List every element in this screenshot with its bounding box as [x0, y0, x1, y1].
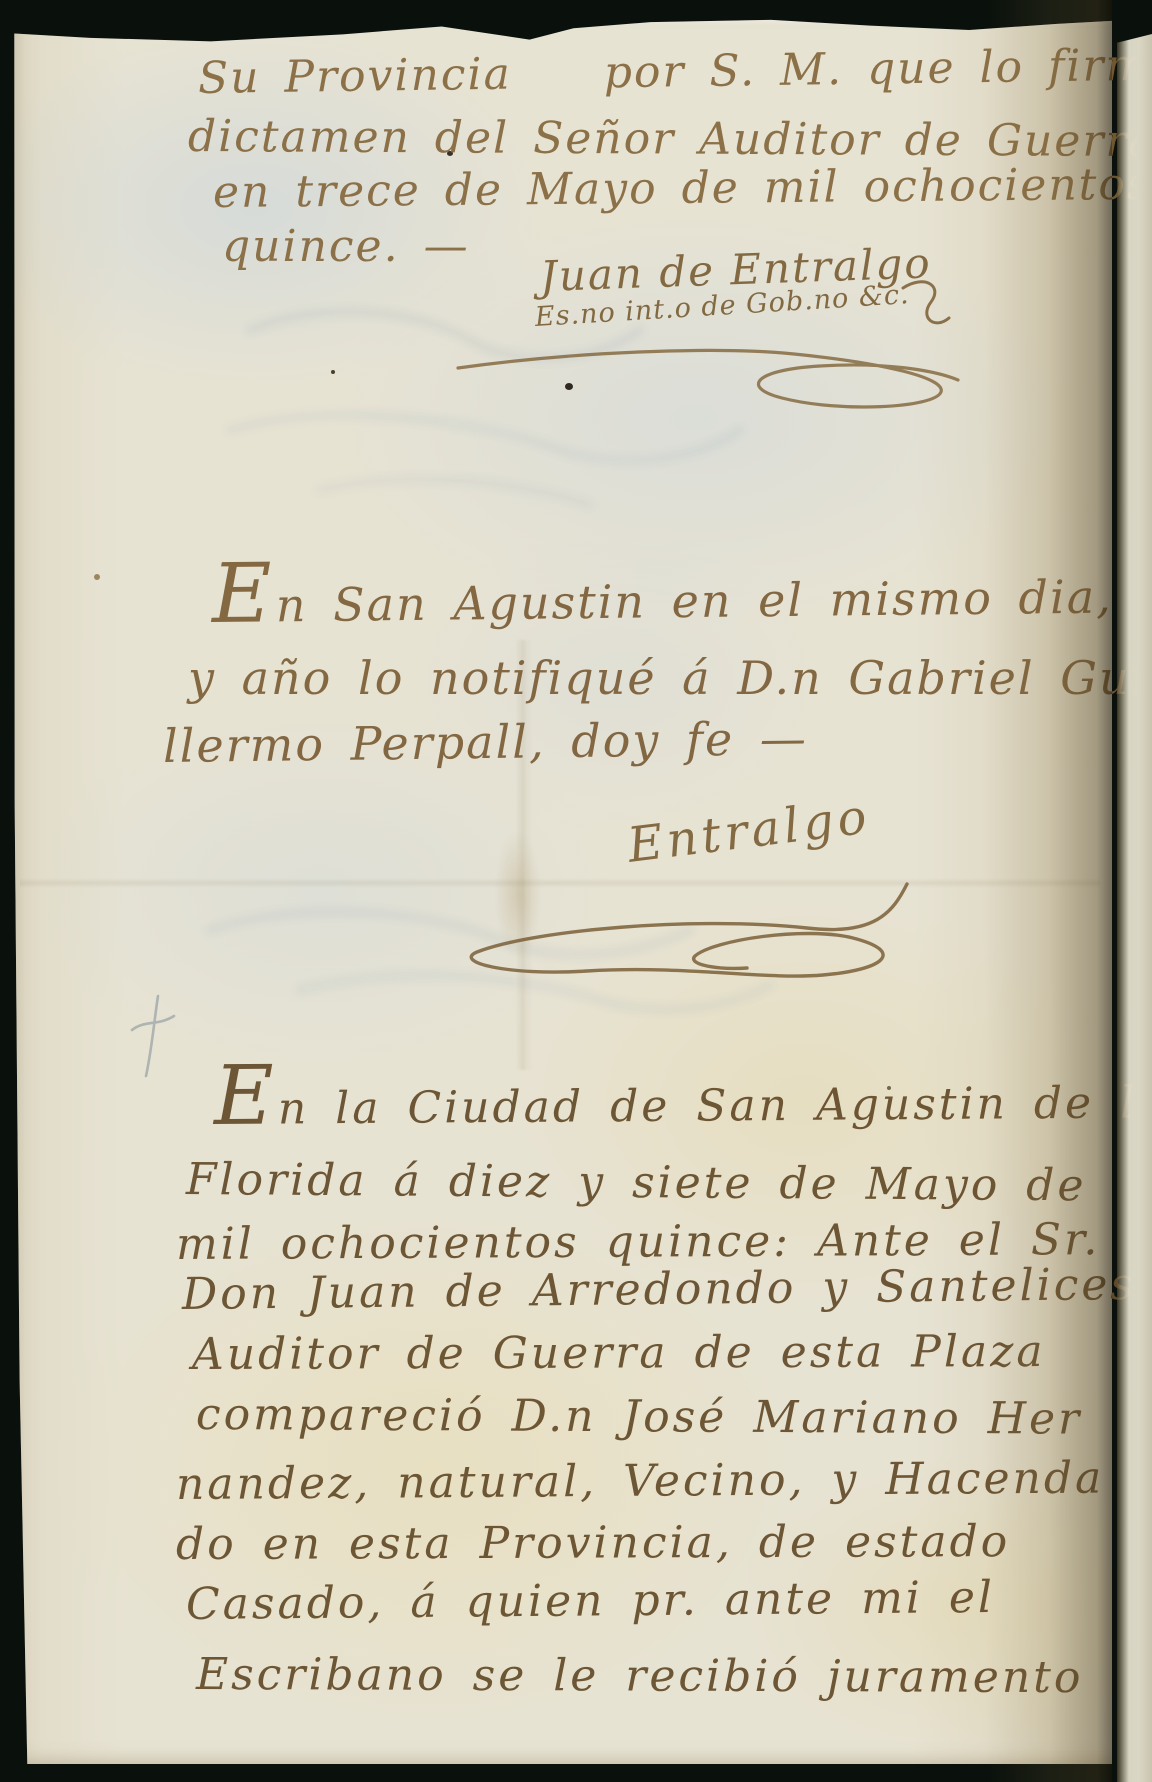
- manuscript-line: Auditor de Guerra de esta Plaza: [192, 1325, 1046, 1382]
- manuscript-line: do en esta Provincia, de estado: [176, 1515, 1010, 1572]
- adjacent-page-edge: [1117, 34, 1152, 1782]
- manuscript-line: nandez, natural, Vecino, y Hacenda: [176, 1452, 1105, 1512]
- line-text: por S. M. que lo firmó con: [603, 37, 1152, 101]
- manuscript-line: llermo Perpall, doy fe —: [163, 710, 808, 774]
- manuscript-line: En la Ciudad de San Agustin de la: [214, 1076, 1152, 1137]
- manuscript-line: Florida á diez y siete de Mayo de: [186, 1153, 1087, 1213]
- manuscript-photo: { "document": { "kind": "handwritten Spa…: [0, 0, 1152, 1782]
- rubric-flourish: [455, 878, 925, 993]
- line-text: Su Provincia: [198, 48, 513, 106]
- signature-paraph: [895, 272, 953, 334]
- manuscript-line: en trece de Mayo de mil ochocientos: [213, 158, 1152, 220]
- manuscript-line: Escribano se le recibió juramento: [196, 1648, 1084, 1705]
- rubric-flourish: [452, 326, 964, 418]
- manuscript-line: y año lo notifiqué á D.n Gabriel Gui: [188, 650, 1147, 706]
- ink-speck: [331, 370, 335, 374]
- manuscript-line: En San Agustin en el mismo dia, mes: [212, 567, 1152, 634]
- manuscript-line: quince. —: [222, 220, 470, 274]
- manuscript-line: Don Juan de Arredondo y Santelices: [182, 1258, 1137, 1322]
- manuscript-line: compareció D.n José Mariano Her: [196, 1388, 1082, 1447]
- pencil-margin-mark: [128, 992, 180, 1082]
- manuscript-line: Casado, á quien pr. ante mi el: [186, 1571, 995, 1632]
- ink-speck: [94, 574, 100, 580]
